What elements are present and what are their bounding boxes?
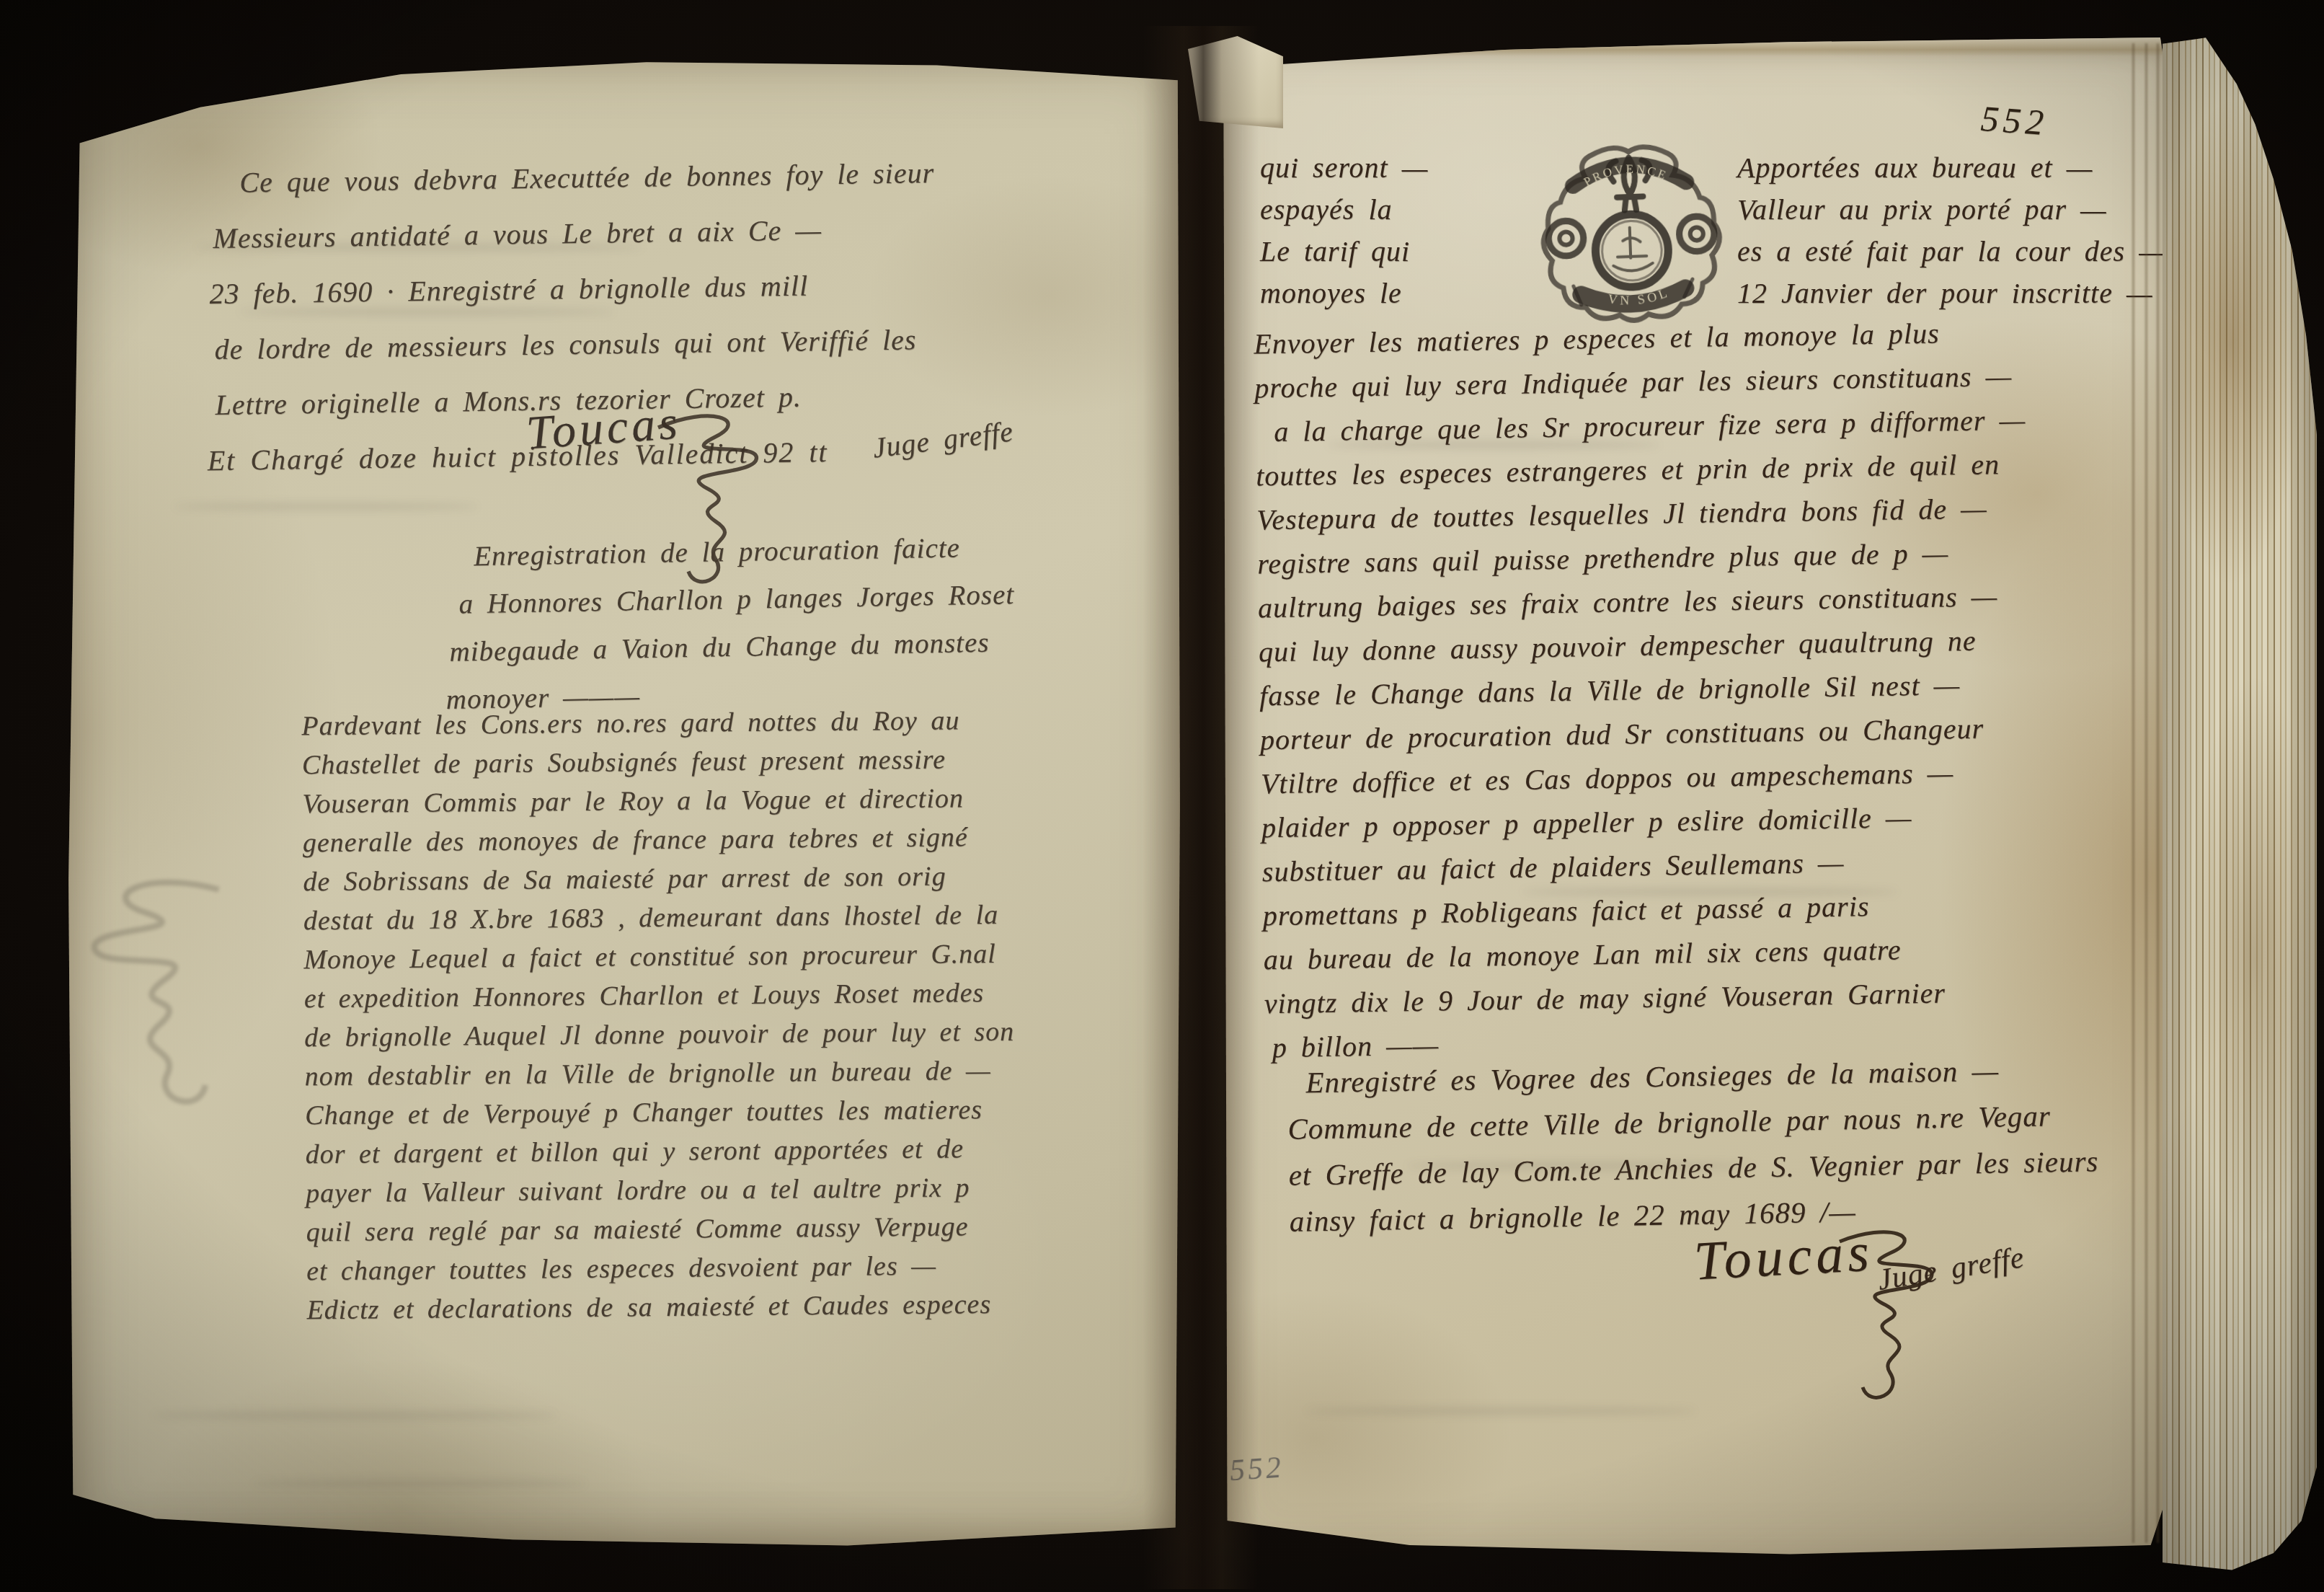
manuscript-line: Chastellet de paris Soubsignés feust pre… — [302, 740, 1012, 785]
folio-number: 552 — [1979, 97, 2049, 143]
manuscript-line: mibegaude a Vaion du Change du monstes — [449, 619, 1016, 676]
right-page-body-paragraph: Envoyer les matieres p especes et la mon… — [1254, 310, 2036, 1070]
pencil-folio-number: 552 — [1228, 1450, 1285, 1488]
right-page-lines-around-stamp: qui seront —Apportées aux bureau et — es… — [1260, 147, 2165, 314]
page-crease — [2132, 43, 2134, 1543]
manuscript-line: Pardevant les Cons.ers no.res gard notte… — [301, 701, 1011, 746]
manuscript-line: espayés laValleur au prix porté par — — [1260, 189, 2165, 231]
page-crease — [2157, 43, 2159, 1543]
manuscript-line: et expedition Honnores Charllon et Louys… — [304, 973, 1014, 1019]
manuscript-line: et changer touttes les especes desvoient… — [306, 1246, 1016, 1291]
line-segment-left: Le tarif qui — [1260, 231, 1476, 273]
manuscript-line: Vouseran Commis par le Roy a la Vogue et… — [302, 779, 1012, 824]
manuscript-line: de Sobrissans de Sa maiesté par arrest d… — [303, 857, 1013, 902]
manuscript-photograph: Ce que vous debvra Executtée de bonnes f… — [0, 0, 2324, 1592]
manuscript-line: Le tarif quies a esté fait par la cour d… — [1260, 231, 2165, 273]
manuscript-line: Ce que vous debvra Executtée de bonnes f… — [239, 145, 935, 210]
line-segment-right: 12 Janvier der pour inscritte — — [1737, 273, 2153, 314]
manuscript-line: dor et dargent et billon qui y seront ap… — [305, 1129, 1015, 1175]
manuscript-line: payer la Valleur suivant lordre ou a tel… — [306, 1168, 1016, 1213]
manuscript-line: generalle des monoyes de france para teb… — [303, 818, 1013, 863]
manuscript-line: Edictz et declarations de sa maiesté et … — [306, 1285, 1016, 1330]
manuscript-line: de lordre de messieurs les consuls qui o… — [214, 311, 937, 377]
line-segment-right: Valleur au prix porté par — — [1737, 189, 2107, 231]
manuscript-line: Monoye Lequel a faict et constitué son p… — [303, 934, 1014, 980]
line-segment-right: Apportées aux bureau et — — [1737, 147, 2093, 189]
page-crease — [2145, 43, 2147, 1543]
bleedthrough-flourish — [30, 823, 275, 1179]
right-signature-paraph — [1818, 1213, 1962, 1429]
page-edges-stack — [2163, 35, 2317, 1575]
manuscript-line: 23 feb. 1690 · Enregistré a brignolle du… — [209, 256, 936, 322]
left-page-body-paragraph: Pardevant les Cons.ers no.res gard notte… — [301, 701, 1016, 1330]
manuscript-line: qui seront —Apportées aux bureau et — — [1260, 147, 2165, 189]
manuscript-line: Change et de Verpouyé p Changer touttes … — [305, 1090, 1015, 1136]
manuscript-line: quil sera reglé par sa maiesté Comme aus… — [306, 1207, 1016, 1252]
manuscript-line: monoyes le12 Janvier der pour inscritte … — [1260, 273, 2165, 314]
left-page: Ce que vous debvra Executtée de bonnes f… — [66, 56, 1182, 1555]
right-page: 552 — [1220, 37, 2170, 1560]
registration-heading: Enregistration de la procuration faicte … — [443, 523, 1016, 724]
manuscript-line: nom destablir en la Ville de brignolle u… — [304, 1051, 1014, 1097]
manuscript-line: destat du 18 X.bre 1683 , demeurant dans… — [303, 895, 1014, 941]
underlying-leaf-corner — [1188, 36, 1283, 128]
registration-note-paragraph: Enregistré es Vogree des Consieges de la… — [1287, 1045, 2100, 1244]
line-segment-left: espayés la — [1260, 189, 1476, 231]
line-segment-right: es a esté fait par la cour des — — [1737, 231, 2165, 273]
manuscript-line: de brignolle Auquel Jl donne pouvoir de … — [304, 1012, 1014, 1058]
manuscript-line: Messieurs antidaté a vous Le bret a aix … — [213, 200, 936, 266]
line-segment-left: monoyes le — [1260, 273, 1476, 314]
line-segment-left: qui seront — — [1260, 147, 1476, 189]
